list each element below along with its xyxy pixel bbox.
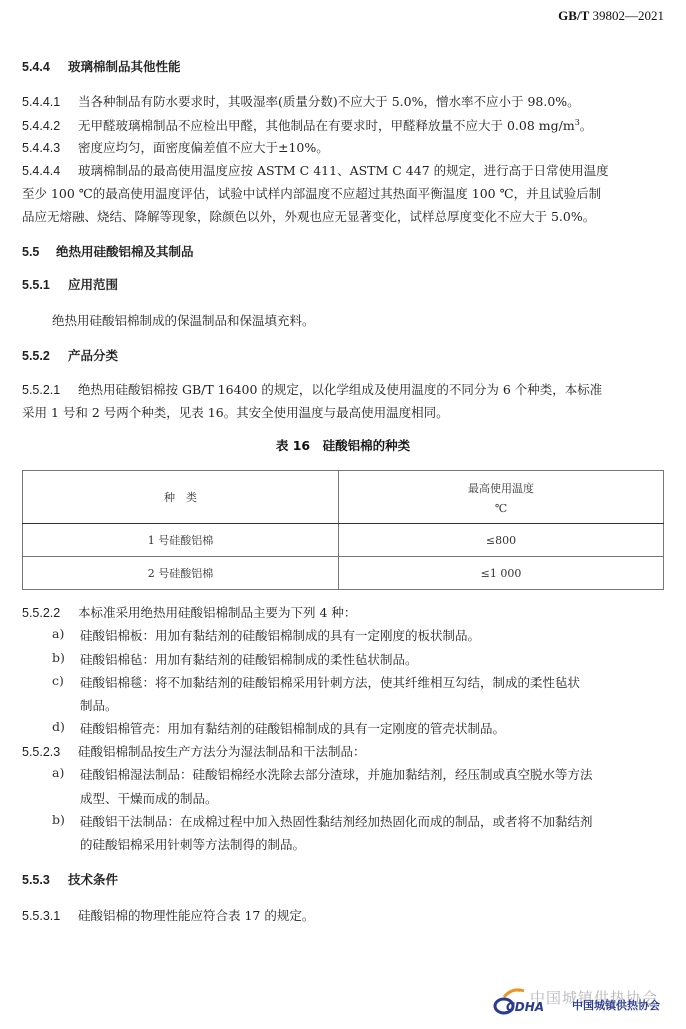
list-marker: b) — [52, 650, 65, 665]
cell-type: 2 号硅酸铝棉 — [23, 557, 339, 590]
clause-number: 5.4.4.1 — [22, 95, 78, 109]
list-item-continued: 成型、干燥而成的制品。 — [80, 789, 218, 807]
column-header-max-temp: 最高使用温度 ℃ — [339, 471, 664, 524]
clause-5-5-2-2: 5.5.2.2本标准采用绝热用硅酸铝棉制品主要为下列 4 种： — [22, 603, 356, 621]
clause-5-4-4-4-line-3: 品应无熔融、烧结、降解等现象，除颜色以外，外观也应无显著变化，试样总厚度变化不应… — [22, 207, 595, 225]
clause-number: 5.5.3.1 — [22, 909, 78, 923]
cell-max-temp: ≤1 000 — [339, 557, 664, 590]
table-row: 2 号硅酸铝棉 ≤1 000 — [23, 557, 664, 590]
clause-text: 密度应均匀，面密度偏差值不应大于±10%。 — [78, 140, 329, 155]
section-number: 5.4.4 — [22, 60, 68, 74]
clause-5-4-4-2: 5.4.4.2无甲醛玻璃棉制品不应检出甲醛，其他制品在有要求时，甲醛释放量不应大… — [22, 116, 592, 134]
standard-code: GB/T 39802—2021 — [558, 8, 664, 24]
table-row: 1 号硅酸铝棉 ≤800 — [23, 524, 664, 557]
list-item: 硅酸铝干法制品：在成棉过程中加入热固性黏结剂经加热固化而成的制品，或者将不加黏结… — [80, 812, 593, 830]
clause-5-5-3-1: 5.5.3.1硅酸铝棉的物理性能应符合表 17 的规定。 — [22, 906, 314, 924]
clause-number: 5.4.4.3 — [22, 141, 78, 155]
section-5-5-heading: 5.5绝热用硅酸铝棉及其制品 — [22, 242, 194, 260]
cell-max-temp: ≤800 — [339, 524, 664, 557]
clause-5-4-4-4-line-2: 至少 100 ℃的最高使用温度评估，试验中试样内部温度不应超过其热面平衡温度 1… — [22, 184, 601, 202]
column-header-type: 种 类 — [23, 471, 339, 524]
clause-number: 5.4.4.2 — [22, 119, 78, 133]
clause-number: 5.5.2.3 — [22, 745, 78, 759]
clause-5-4-4-3: 5.4.4.3密度应均匀，面密度偏差值不应大于±10%。 — [22, 138, 329, 156]
section-title: 玻璃棉制品其他性能 — [68, 59, 181, 74]
section-title: 技术条件 — [68, 872, 118, 887]
table-header-row: 种 类 最高使用温度 ℃ — [23, 471, 664, 524]
section-5-5-3-heading: 5.5.3技术条件 — [22, 870, 118, 888]
clause-number: 5.5.2.1 — [22, 383, 78, 397]
standard-prefix: GB/T — [558, 8, 589, 23]
clause-5-4-4-4: 5.4.4.4玻璃棉制品的最高使用温度应按 ASTM C 411、ASTM C … — [22, 161, 609, 179]
clause-text: 当各种制品有防水要求时，其吸湿率(质量分数)不应大于 5.0%，憎水率不应小于 … — [78, 94, 580, 109]
section-title: 应用范围 — [68, 277, 118, 292]
section-title: 产品分类 — [68, 348, 118, 363]
list-item: 硅酸铝棉板：用加有黏结剂的硅酸铝棉制成的具有一定刚度的板状制品。 — [80, 626, 480, 644]
cell-type: 1 号硅酸铝棉 — [23, 524, 339, 557]
list-item: 硅酸铝棉湿法制品：硅酸铝棉经水洗除去部分渣球，并施加黏结剂，经压制或真空脱水等方… — [80, 765, 593, 783]
section-title: 绝热用硅酸铝棉及其制品 — [56, 244, 194, 259]
clause-text: 玻璃棉制品的最高使用温度应按 ASTM C 411、ASTM C 447 的规定… — [78, 163, 609, 178]
clause-5-5-2-1: 5.5.2.1绝热用硅酸铝棉按 GB/T 16400 的规定，以化学组成及使用温… — [22, 380, 602, 398]
list-item-continued: 制品。 — [80, 696, 118, 714]
list-marker: a) — [52, 765, 64, 780]
clause-text: 硅酸铝棉的物理性能应符合表 17 的规定。 — [78, 908, 314, 923]
list-item: 硅酸铝棉毯：将不加黏结剂的硅酸铝棉采用针刺方法，使其纤维相互勾结，制成的柔性毡状 — [80, 673, 580, 691]
standard-number: 39802—2021 — [593, 8, 665, 23]
header-unit: ℃ — [340, 502, 662, 515]
section-number: 5.5 — [22, 245, 56, 259]
list-item: 硅酸铝棉毡：用加有黏结剂的硅酸铝棉制成的柔性毡状制品。 — [80, 650, 418, 668]
list-marker: b) — [52, 812, 65, 827]
list-marker: a) — [52, 626, 64, 641]
list-marker: d) — [52, 719, 65, 734]
section-number: 5.5.2 — [22, 349, 68, 363]
list-marker: c) — [52, 673, 64, 688]
clause-text: 无甲醛玻璃棉制品不应检出甲醛，其他制品在有要求时，甲醛释放量不应大于 0.08 … — [78, 118, 575, 133]
list-item-continued: 的硅酸铝棉采用针刺等方法制得的制品。 — [80, 835, 305, 853]
clause-5-5-2-1-line-2: 采用 1 号和 2 号两个种类，见表 16。其安全使用温度与最高使用温度相同。 — [22, 403, 449, 421]
clause-text: 绝热用硅酸铝棉按 GB/T 16400 的规定，以化学组成及使用温度的不同分为 … — [78, 382, 602, 397]
clause-text-end: 。 — [580, 118, 593, 133]
list-item: 硅酸铝棉管壳：用加有黏结剂的硅酸铝棉制成的具有一定刚度的管壳状制品。 — [80, 719, 505, 737]
section-number: 5.5.1 — [22, 278, 68, 292]
header-label: 最高使用温度 — [340, 480, 662, 496]
table-16: 种 类 最高使用温度 ℃ 1 号硅酸铝棉 ≤800 2 号硅酸铝棉 ≤1 000 — [22, 470, 664, 590]
section-5-5-1-heading: 5.5.1应用范围 — [22, 275, 118, 293]
section-5-5-2-heading: 5.5.2产品分类 — [22, 346, 118, 364]
clause-text: 本标准采用绝热用硅酸铝棉制品主要为下列 4 种： — [78, 605, 356, 620]
clause-5-4-4-1: 5.4.4.1当各种制品有防水要求时，其吸湿率(质量分数)不应大于 5.0%，憎… — [22, 92, 580, 110]
clause-text: 硅酸铝棉制品按生产方法分为湿法制品和干法制品： — [78, 744, 366, 759]
section-5-4-4-heading: 5.4.4玻璃棉制品其他性能 — [22, 57, 181, 75]
watermark-org-name: 中国城镇供热协会 — [572, 997, 660, 1013]
clause-number: 5.5.2.2 — [22, 606, 78, 620]
clause-number: 5.4.4.4 — [22, 164, 78, 178]
table-16-caption: 表 16 硅酸铝棉的种类 — [0, 436, 686, 454]
clause-5-5-2-3: 5.5.2.3硅酸铝棉制品按生产方法分为湿法制品和干法制品： — [22, 742, 366, 760]
section-number: 5.5.3 — [22, 873, 68, 887]
section-5-5-1-body: 绝热用硅酸铝棉制成的保温制品和保温填充料。 — [52, 311, 315, 329]
